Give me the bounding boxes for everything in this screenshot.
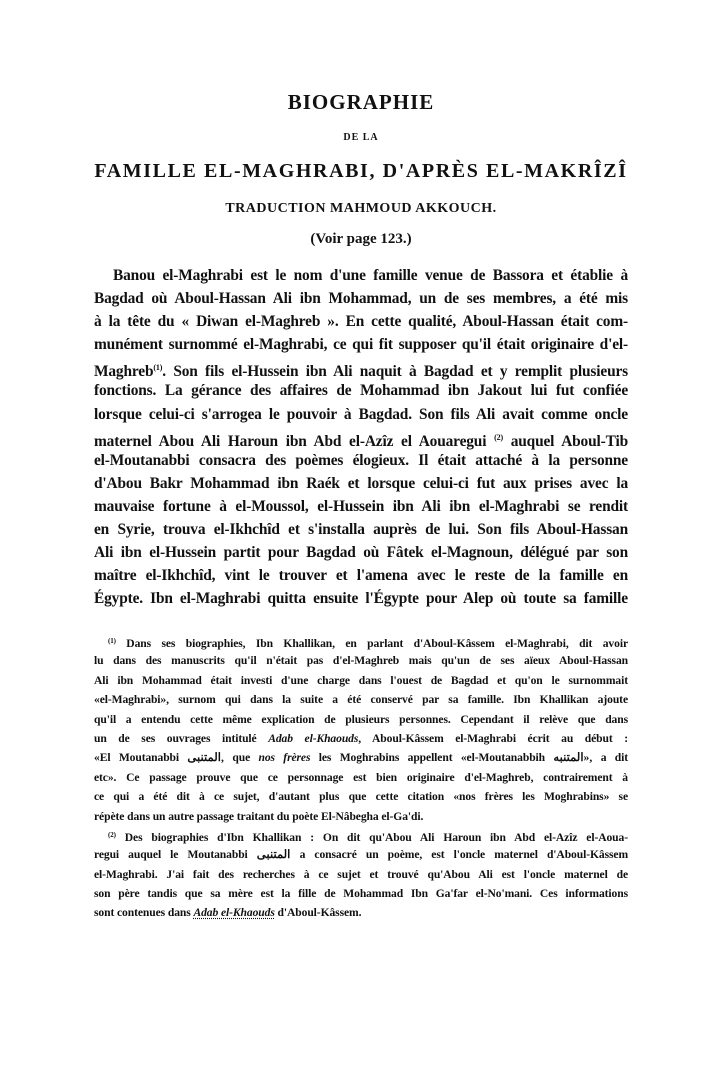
footnote-text: d'Aboul-Kâssem. <box>275 906 362 919</box>
book-title: Adab el-Khaouds <box>268 732 358 745</box>
footnote-1-line: «El Moutanabbi المتنبى, que nos frères l… <box>94 748 628 767</box>
book-title: Adab el-Khaouds <box>193 906 274 919</box>
body-line: lorsque celui-ci s'arrogea le pouvoir à … <box>94 403 628 426</box>
arabic-word: المتنبه <box>553 751 583 764</box>
body-line: d'Abou Bakr Mohammad ibn Raék et lorsque… <box>94 472 628 495</box>
body-line: mauvaise fortune à el-Moussol, el-Hussei… <box>94 495 628 518</box>
body-line: maître el-Ikhchîd, vint le trouver et l'… <box>94 564 628 587</box>
footnote-text: sont contenues dans <box>94 906 193 919</box>
footnotes-section: (1) Dans ses biographies, Ibn Khallikan,… <box>94 632 628 923</box>
title-connector: DE LA <box>94 132 628 143</box>
body-line: en Syrie, trouva el-Ikhchîd et s'install… <box>94 518 628 541</box>
body-line: Égypte. Ibn el-Maghrabi quitta ensuite l… <box>94 587 628 610</box>
arabic-word: المتنبى <box>187 751 221 764</box>
footnote-1-line: (1) Dans ses biographies, Ibn Khallikan,… <box>94 632 628 651</box>
body-text-fragment: auquel Aboul-Tib <box>503 433 628 450</box>
body-line: maternel Abou Ali Haroun ibn Abd el-Azîz… <box>94 426 628 449</box>
body-line: Banou el-Maghrabi est le nom d'une famil… <box>94 264 628 287</box>
body-line: à la tête du « Diwan el-Maghreb ». En ce… <box>94 310 628 333</box>
footnote-2-line: (2) Des biographies d'Ibn Khallikan : On… <box>94 826 628 845</box>
footnote-1-line: «el-Maghrabi», surnom qui dans la suite … <box>94 690 628 709</box>
footnote-text: «El Moutanabbi <box>94 751 187 764</box>
body-line: Maghreb(1). Son fils el-Hussein ibn Ali … <box>94 356 628 379</box>
footnote-text: regui auquel le Moutanabbi <box>94 848 257 861</box>
footnote-ref-1[interactable]: (1) <box>153 363 162 372</box>
footnote-text: , que <box>221 751 258 764</box>
footnote-text: les Moghrabins appellent «el-Moutanabbih <box>310 751 553 764</box>
footnote-text: », a dit <box>584 751 628 764</box>
body-paragraph: Banou el-Maghrabi est le nom d'une famil… <box>94 264 628 610</box>
body-line: munément surnommé el-Maghrabi, ce qui fi… <box>94 333 628 356</box>
footnote-2-line: son père tandis que sa mère est la fille… <box>94 884 628 903</box>
body-line: fonctions. La gérance des affaires de Mo… <box>94 379 628 402</box>
footnote-1-mark: (1) <box>108 637 116 645</box>
footnote-1-line: un de ses ouvrages intitulé Adab el-Khao… <box>94 729 628 748</box>
footnote-text: un de ses ouvrages intitulé <box>94 732 268 745</box>
footnote-1-line: qu'il a entendu cette même explication d… <box>94 710 628 729</box>
footnote-1-line: ce qui a été dit à ce sujet, d'autant pl… <box>94 787 628 806</box>
footnote-2-mark: (2) <box>108 831 116 839</box>
translator-credit: TRADUCTION MAHMOUD AKKOUCH. <box>94 201 628 217</box>
footnote-2-line: regui auquel le Moutanabbi المتنبى a con… <box>94 845 628 864</box>
footnote-2-line: el-Maghrabi. J'ai fait des recherches à … <box>94 865 628 884</box>
footnote-1-line: Ali ibn Mohammad était investi d'une cha… <box>94 671 628 690</box>
footnote-1-line: lu dans des manuscrits qu'il n'était pas… <box>94 651 628 670</box>
body-line: Bagdad où Aboul-Hassan Ali ibn Mohammad,… <box>94 287 628 310</box>
page-subtitle: FAMILLE EL-MAGHRABI, D'APRÈS EL-MAKRÎZÎ <box>34 160 688 183</box>
emphasis-text: nos frères <box>258 751 310 764</box>
body-line: Ali ibn el-Hussein partit pour Bagdad où… <box>94 541 628 564</box>
body-text-fragment: maternel Abou Ali Haroun ibn Abd el-Azîz… <box>94 433 486 450</box>
footnote-text: Des biographies d'Ibn Khallikan : On dit… <box>116 831 628 844</box>
footnote-text: , Aboul-Kâssem el-Maghrabi écrit au débu… <box>358 732 628 745</box>
footnote-text: a consacré un poème, est l'oncle materne… <box>290 848 628 861</box>
footnote-1-line: etc». Ce passage prouve que ce personnag… <box>94 768 628 787</box>
arabic-word: المتنبى <box>257 848 291 861</box>
body-text-fragment: Maghreb <box>94 363 153 380</box>
footnote-ref-2[interactable]: (2) <box>494 433 503 442</box>
body-text-fragment: . Son fils el-Hussein ibn Ali naquit à B… <box>162 363 628 380</box>
page-reference: (Voir page 123.) <box>94 231 628 248</box>
footnote-1-line: répète dans un autre passage traitant du… <box>94 807 628 826</box>
page-title: BIOGRAPHIE <box>94 90 628 115</box>
body-line: el-Moutanabbi consacra des poèmes élogie… <box>94 449 628 472</box>
footnote-text: Dans ses biographies, Ibn Khallikan, en … <box>116 637 628 650</box>
footnote-2-line: sont contenues dans Adab el-Khaouds d'Ab… <box>94 903 628 922</box>
